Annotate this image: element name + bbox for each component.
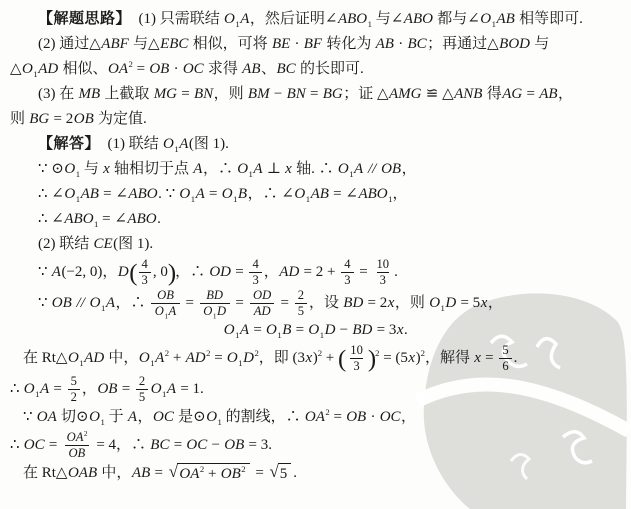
text-run: = (182, 295, 198, 311)
math-run: O (22, 61, 34, 77)
math-run: OC (379, 409, 401, 425)
math-run: BD (352, 322, 373, 338)
math-run: O (89, 295, 101, 311)
math-run: BE (271, 36, 290, 52)
math-run: O (480, 11, 492, 27)
text-run: = ∠ (98, 211, 127, 227)
math-run: O (163, 136, 175, 152)
fraction: 52 (68, 374, 80, 405)
fraction: 43 (341, 257, 353, 288)
math-run: O (294, 186, 306, 202)
text-run: · (291, 36, 304, 52)
math-run: AB (496, 11, 515, 27)
text-run: 2 (298, 288, 304, 302)
math-run: x (480, 295, 488, 311)
text-run: = (50, 381, 66, 397)
math-run: A (179, 136, 189, 152)
text-run: 是⊙ (174, 409, 205, 425)
text-run: ，∴ (175, 264, 209, 280)
scanned-math-solution-page: 【解题思路】 (1) 只需联结 O1A，然后证明∠ABO1 与∠ABO 都与∠O… (0, 0, 631, 509)
fraction: 25 (136, 374, 148, 405)
text-run: 10 (350, 343, 363, 357)
text-run: = (292, 322, 308, 338)
text-run: , 0 (153, 264, 168, 280)
text-run: = (5 (379, 350, 407, 366)
text-run: 转化为 (323, 36, 376, 52)
text-run: ，∴ ∠ (248, 186, 294, 202)
math-run: BD (206, 288, 224, 302)
math-run: A (354, 161, 364, 177)
math-run: OD (253, 288, 272, 302)
text-run: − (270, 86, 286, 102)
text-run: 5 (139, 390, 145, 404)
math-run: O (266, 322, 278, 338)
text-run: ∴ (10, 437, 23, 453)
math-run: OC (186, 437, 208, 453)
math-run: BN (286, 86, 306, 102)
math-run: OC (182, 61, 204, 77)
math-run: B (237, 186, 247, 202)
text-run: (2) 通过△ (38, 36, 101, 52)
text-run: + (169, 350, 185, 366)
math-run: O (223, 322, 235, 338)
text-run: ≌ △ (422, 86, 454, 102)
text-run: 与∠ (372, 11, 403, 27)
text-run: + (204, 466, 220, 482)
text-line: 在 Rt△OAB 中，AB = √OA2 + OB2 = √5. (8, 461, 623, 486)
text-run: (1) 只需联结 (124, 11, 224, 27)
math-run: AG (502, 86, 523, 102)
subscript: 1 (79, 358, 83, 368)
text-line: 【解答】 (1) 联结 O1A(图 1). (8, 132, 623, 157)
math-run: A (240, 11, 250, 27)
math-run: ABF (101, 36, 130, 52)
big-parenthesis: ( (129, 259, 136, 286)
math-run: O (138, 350, 150, 366)
math-run: D (445, 295, 457, 311)
text-run: 3 (252, 273, 258, 287)
text-run: . (293, 465, 297, 481)
math-run: O (226, 350, 238, 366)
square-root: √5 (270, 463, 292, 483)
text-run: = (523, 86, 539, 102)
math-run: OA (108, 61, 129, 77)
math-run: ABO (403, 11, 433, 27)
text-run: 3 (380, 273, 386, 287)
math-run: BF (303, 36, 322, 52)
math-run: O (64, 161, 76, 177)
text-run: ， (488, 295, 503, 311)
math-run: A (253, 161, 263, 177)
fraction: ODAD (250, 288, 275, 319)
math-run: ANB (454, 86, 483, 102)
math-run: BG (322, 86, 343, 102)
math-run: ABO (337, 11, 367, 27)
text-line: O1A = O1B = O1D − BD = 3x. (8, 318, 623, 343)
text-run: 与△ (129, 36, 159, 52)
text-run: 切⊙ (57, 409, 88, 425)
text-run: = (250, 322, 266, 338)
math-run: O (67, 350, 79, 366)
math-run: AD (279, 264, 300, 280)
text-run: 与 (530, 36, 549, 52)
big-parenthesis: ) (168, 259, 175, 286)
fraction: OBO1A (151, 288, 179, 319)
text-run: ，∴ (116, 295, 150, 311)
text-run: = (151, 465, 167, 481)
text-run: = ∠ (329, 186, 358, 202)
math-run: D (324, 322, 336, 338)
text-run: = 5 (457, 295, 480, 311)
text-run: 2 (71, 390, 77, 404)
section-header: 【解答】 (38, 136, 93, 152)
math-run: x (396, 322, 404, 338)
text-run: 2 (139, 374, 145, 388)
text-run (377, 161, 381, 177)
text-run: = (356, 264, 372, 280)
fraction: 103 (347, 343, 366, 374)
text-run: 在 Rt△ (23, 465, 67, 481)
text-run: = 2 (50, 111, 73, 127)
math-run: BN (193, 86, 213, 102)
subscript: 1 (150, 358, 154, 368)
math-run: OC (23, 437, 45, 453)
text-run: ，解得 (425, 350, 474, 366)
math-run: AB (80, 186, 99, 202)
math-run: ABO (127, 211, 157, 227)
math-run: OB (220, 466, 241, 482)
math-run: OD (209, 264, 232, 280)
text-run: 5 (280, 466, 288, 482)
math-run: ABO (358, 186, 388, 202)
text-run: 5 (71, 374, 77, 388)
math-run: AD (185, 350, 206, 366)
text-run: 6 (502, 359, 508, 373)
text-run: ；再通过△ (427, 36, 499, 52)
text-run: 4 (252, 257, 258, 271)
math-run: OB (51, 295, 72, 311)
text-run: 于 (105, 409, 128, 425)
math-run: A (105, 295, 115, 311)
text-run: ， (138, 409, 153, 425)
text-line: ∵ OA 切⊙O1 于 A，OC 是⊙O1 的割线，∴ OA2 = OB · O… (8, 405, 623, 430)
text-run: . (514, 350, 518, 366)
text-run: 的割线，∴ (222, 409, 305, 425)
text-line: (3) 在 MB 上截取 MG = BN，则 BM − BN = BG；证 △A… (8, 82, 623, 107)
math-run: OA (36, 409, 57, 425)
subscript: 1 (349, 169, 353, 179)
text-line: ∴ OC = OA2OB = 4，∴ BC = OC − OB = 3. (8, 430, 623, 461)
math-run: A (193, 161, 203, 177)
text-run: ， (392, 186, 407, 202)
math-run: ABO (64, 211, 94, 227)
text-run: 上截取 (101, 86, 154, 102)
text-run: 中， (98, 465, 132, 481)
supscript: 2 (84, 429, 88, 438)
math-run: OB (68, 446, 86, 460)
math-run: O (179, 186, 191, 202)
text-line: ∴ O1A = 52，OB = 25O1A = 1. (8, 374, 623, 405)
math-run: BC (276, 61, 296, 77)
math-run: O (23, 381, 35, 397)
text-run: 与 (80, 161, 103, 177)
math-run: A (195, 186, 205, 202)
math-run: AD (38, 61, 59, 77)
math-run: B (282, 322, 292, 338)
math-run: // (367, 161, 376, 177)
text-run: ∴ (10, 381, 23, 397)
subscript: 1 (238, 358, 242, 368)
text-line: ∵ OB // O1A，∴ OBO1A = BDO1D = ODAD = 25，… (8, 288, 623, 319)
text-run: − (336, 322, 352, 338)
text-run: ，则 (395, 295, 429, 311)
text-line: ∵ A(−2, 0)，D(43, 0)，∴ OD = 43，AD = 2 + 4… (8, 257, 623, 288)
text-run: − (208, 437, 224, 453)
math-run: A (127, 409, 137, 425)
math-run: OAB (67, 465, 97, 481)
math-run: OB (97, 381, 118, 397)
text-run: = (205, 186, 221, 202)
text-run: = 3. (245, 437, 272, 453)
text-run: 得 (483, 86, 502, 102)
math-run: O (221, 186, 233, 202)
text-run: ， (82, 381, 97, 397)
text-run: = (481, 350, 497, 366)
text-run: = (306, 86, 322, 102)
big-parenthesis: ( (338, 346, 345, 373)
math-run: BOD (499, 36, 531, 52)
math-run: MB (78, 86, 101, 102)
math-run: A (166, 381, 176, 397)
text-run: 轴相切于点 (110, 161, 193, 177)
math-run: // (76, 295, 85, 311)
text-run: 、 (261, 61, 276, 77)
math-run: OB (149, 61, 170, 77)
text-line: △O1AD 相似、OA2 = OB · OC 求得 AB、BC 的长即可. (8, 57, 623, 82)
text-run: = 2 + (300, 264, 339, 280)
math-run: BC (150, 437, 170, 453)
text-run: = (330, 409, 346, 425)
text-run: = (170, 437, 186, 453)
text-line: (2) 通过△ABF 与△EBC 相似，可将 BE · BF 转化为 AB · … (8, 32, 623, 57)
math-run: A (168, 304, 177, 318)
math-run: D (216, 304, 226, 318)
text-run: = (133, 61, 149, 77)
math-run: O (150, 381, 162, 397)
math-run: O (224, 11, 236, 27)
text-run: ，即 (3 (259, 350, 305, 366)
text-line: (2) 联结 CE(图 1). (8, 232, 623, 257)
text-run: = (232, 295, 248, 311)
math-run: x (305, 350, 313, 366)
text-run: ， (402, 161, 417, 177)
text-run: = 1. (177, 381, 204, 397)
math-run: AB (539, 86, 558, 102)
section-header: 【解题思路】 (38, 11, 124, 27)
text-run: = 3 (373, 322, 396, 338)
text-run: 3 (142, 273, 148, 287)
text-run: ， (264, 264, 279, 280)
math-run: ABO (128, 186, 158, 202)
text-run: 3 (344, 273, 350, 287)
text-run: = (45, 437, 61, 453)
math-run: BC (407, 36, 427, 52)
supscript: 2 (241, 464, 245, 474)
math-run: BM (247, 86, 270, 102)
fraction: 43 (249, 257, 261, 288)
text-run: = (178, 86, 194, 102)
text-run: (图 1). (189, 136, 229, 152)
text-run: ∵ (38, 295, 51, 311)
text-run: · (394, 36, 407, 52)
math-run: EBC (160, 36, 189, 52)
math-run: OA (304, 409, 325, 425)
math-run: O (203, 304, 213, 318)
math-run: O (154, 304, 164, 318)
text-run: = (277, 295, 293, 311)
fraction: OA2OB (63, 430, 90, 461)
text-line: 在 Rt△O1AD 中，O1A2 + AD2 = O1D2，即 (3x)2 + … (8, 343, 623, 374)
math-run: AB (310, 186, 329, 202)
math-run: AB (131, 465, 150, 481)
math-run: x (408, 350, 416, 366)
math-run: BD (343, 295, 364, 311)
text-run: + (322, 350, 338, 366)
text-run: (−2, 0)， (61, 264, 117, 280)
text-run: 都与∠ (433, 11, 479, 27)
text-run: = 4，∴ (93, 437, 150, 453)
text-run: 3 (353, 359, 359, 373)
text-run: △ (10, 61, 22, 77)
math-run: OA (179, 466, 200, 482)
text-run: ，然后证明∠ (250, 11, 338, 27)
text-run: ∵ (38, 264, 51, 280)
text-run: 为定值. (94, 111, 147, 127)
fraction: 43 (139, 257, 151, 288)
math-run: CE (93, 236, 113, 252)
text-run: · (170, 61, 183, 77)
text-run: 4 (142, 257, 148, 271)
math-run: O (337, 161, 349, 177)
math-run: MG (153, 86, 177, 102)
math-run: AB (242, 61, 261, 77)
text-run: 轴. ∴ (292, 161, 337, 177)
text-run: 中， (105, 350, 139, 366)
text-run: ∵ ⊙ (38, 161, 64, 177)
text-run: (3) 在 (38, 86, 78, 102)
math-run: O (64, 186, 76, 202)
solution-text: 【解题思路】 (1) 只需联结 O1A，然后证明∠ABO1 与∠ABO 都与∠O… (0, 0, 631, 486)
text-run: ；证 △ (343, 86, 388, 102)
text-run: 在 Rt△ (23, 350, 67, 366)
math-run: AB (375, 36, 394, 52)
fraction: 56 (499, 343, 511, 374)
text-run: = (210, 350, 226, 366)
text-run: 求得 (204, 61, 242, 77)
text-run: . (404, 322, 408, 338)
math-run: AD (84, 350, 105, 366)
text-run: = (232, 264, 248, 280)
fraction: 25 (295, 288, 307, 319)
text-run: = (252, 465, 268, 481)
text-run: ， (401, 409, 416, 425)
text-line: ∴ ∠O1AB = ∠ABO. ∵ O1A = O1B，∴ ∠O1AB = ∠A… (8, 182, 623, 207)
text-run: ，则 (214, 86, 248, 102)
text-run: (1) 联结 (93, 136, 163, 152)
text-line: ∵ ⊙O1 与 x 轴相切于点 A，∴ O1A ⊥ x 轴. ∴ O1A // … (8, 157, 623, 182)
text-run: . ∵ (158, 186, 179, 202)
text-run: ∵ (23, 409, 36, 425)
text-run: ， (558, 86, 573, 102)
square-root: √OA2 + OB2 (169, 463, 250, 483)
math-run: x (387, 295, 395, 311)
math-run: OA (66, 430, 84, 444)
text-run: 的长即可. (296, 61, 364, 77)
text-run: 4 (344, 257, 350, 271)
text-run: 相似、 (59, 61, 108, 77)
math-run: AD (253, 304, 271, 318)
text-run: · (367, 409, 380, 425)
text-run: 5 (502, 343, 508, 357)
math-run: A (51, 264, 61, 280)
math-run: O (237, 161, 249, 177)
text-run: 5 (298, 304, 304, 318)
text-run: ∴ ∠ (38, 186, 64, 202)
math-run: OB (157, 288, 175, 302)
math-run: O (206, 409, 218, 425)
math-run: OC (153, 409, 175, 425)
text-run: (2) 联结 (38, 236, 93, 252)
math-run: A (39, 381, 49, 397)
text-line: 则 BG = 2OB 为定值. (8, 107, 623, 132)
math-run: O (89, 409, 101, 425)
math-run: D (243, 350, 255, 366)
text-run: = (118, 381, 134, 397)
text-run: ，∴ (203, 161, 237, 177)
math-run: O (429, 295, 441, 311)
math-run: A (239, 322, 249, 338)
text-line: ∴ ∠ABO1 = ∠ABO. (8, 207, 623, 232)
fraction: 103 (373, 257, 392, 288)
text-run: . (157, 211, 161, 227)
text-run: = ∠ (99, 186, 128, 202)
text-run: 相等即可. (515, 11, 583, 27)
text-run: ⊥ (263, 161, 285, 177)
math-run: O (308, 322, 320, 338)
math-run: D (117, 264, 129, 280)
text-run: ，设 (309, 295, 343, 311)
math-run: OB (381, 161, 402, 177)
text-run: 则 (10, 111, 29, 127)
math-run: OB (346, 409, 367, 425)
math-run: OB (224, 437, 245, 453)
text-run: 10 (376, 257, 389, 271)
text-run: (图 1). (113, 236, 153, 252)
text-run: . (394, 264, 398, 280)
math-run: OB (73, 111, 94, 127)
math-run: AMG (389, 86, 423, 102)
fraction: BDO1D (200, 288, 230, 319)
math-run: A (155, 350, 165, 366)
text-run: ∴ ∠ (38, 211, 64, 227)
math-run: BG (29, 111, 50, 127)
text-line: 【解题思路】 (1) 只需联结 O1A，然后证明∠ABO1 与∠ABO 都与∠O… (8, 7, 623, 32)
text-run: = 2 (364, 295, 387, 311)
text-run: 相似，可将 (189, 36, 272, 52)
